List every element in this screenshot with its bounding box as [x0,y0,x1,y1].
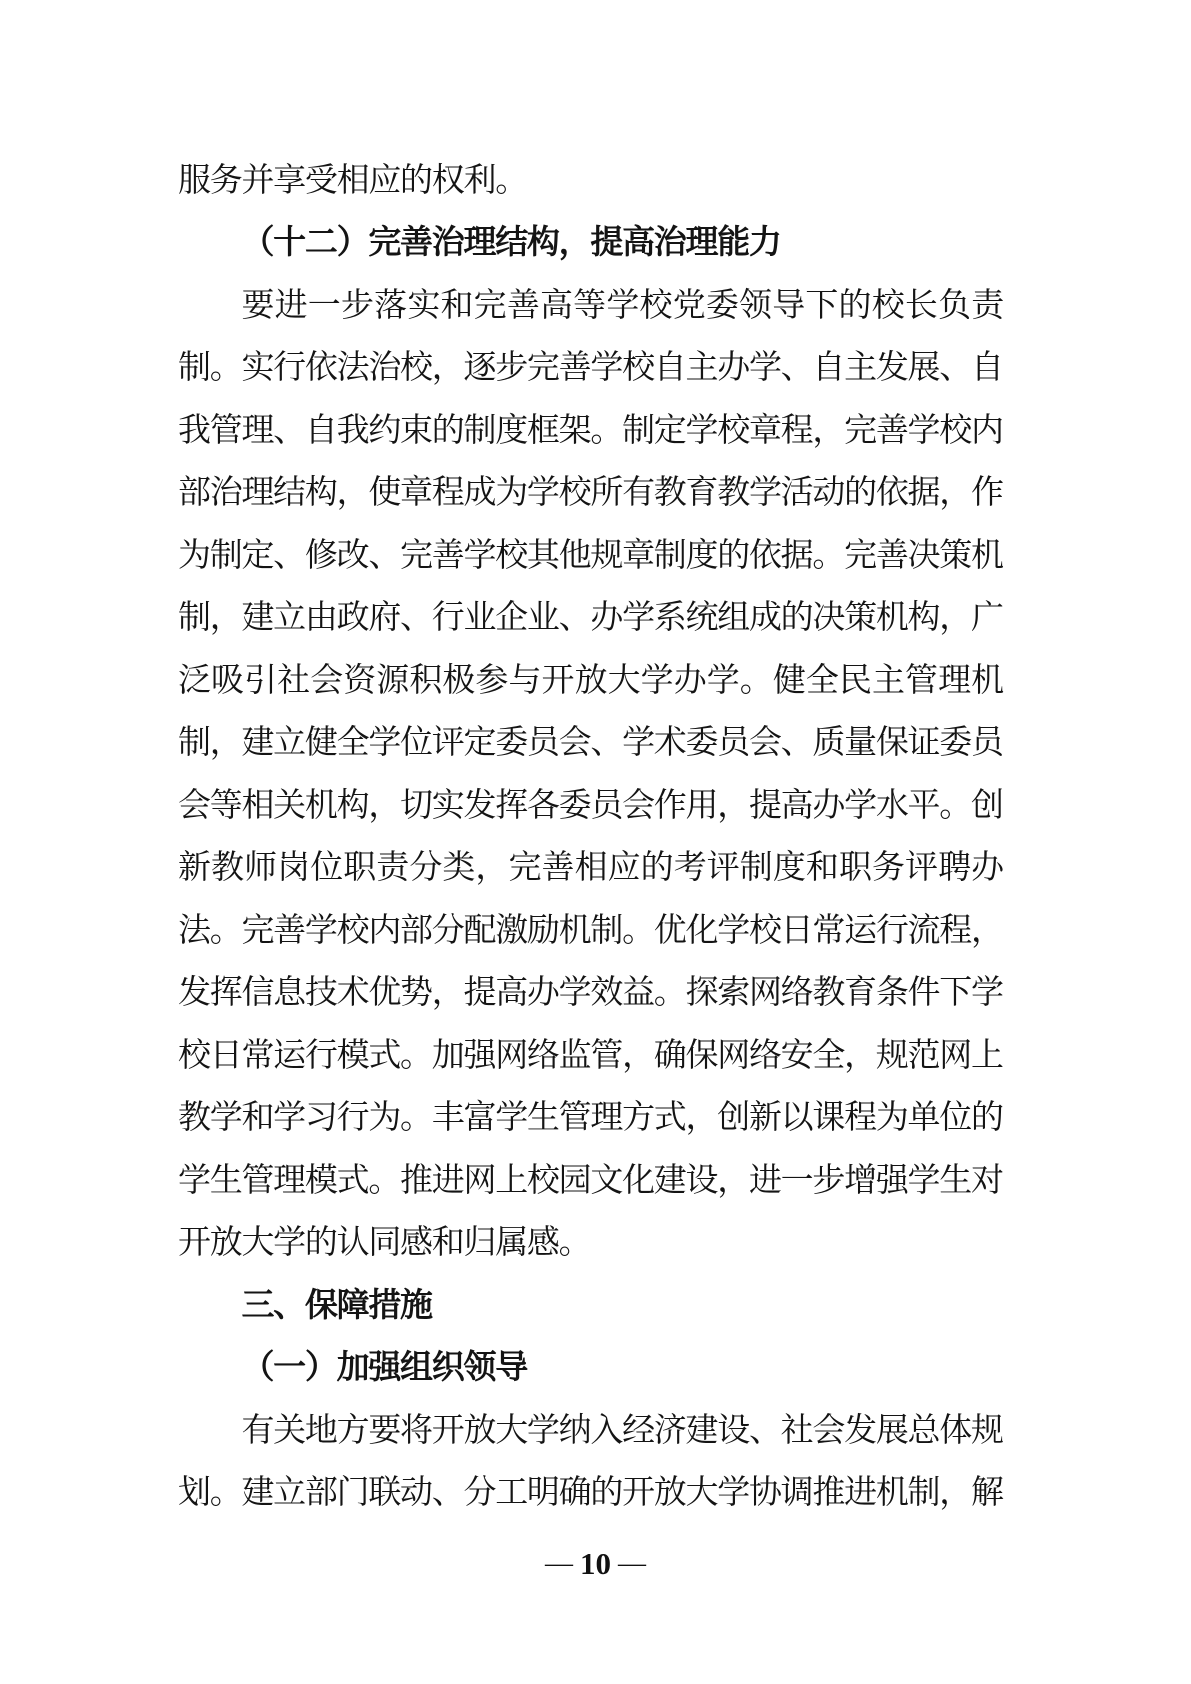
char: 高 [540,279,572,326]
char: 动 [812,466,844,513]
char: 法 [337,341,369,388]
char: 系 [654,591,686,638]
char: 完 [474,279,506,326]
char: ， [812,404,844,451]
char: 制 [908,1466,940,1513]
char: 高 [781,779,813,826]
char: 教 [211,841,243,888]
char: 、 [749,1404,781,1451]
char: 源 [376,654,408,701]
char: 和 [440,279,472,326]
char: 企 [495,591,527,638]
char: 制 [590,904,622,951]
char: 服 [178,154,210,201]
char: 量 [844,716,876,763]
char: 社 [277,654,309,701]
char: 务 [872,841,904,888]
char: 策 [939,529,971,576]
text-line: 学生管理模式。推进网上校园文化建设，进一步增强学生对 [178,1146,1003,1209]
char: 放 [210,1216,242,1263]
char: 强 [463,1029,495,1076]
char: 协 [749,1466,781,1513]
char: 程 [844,1091,876,1138]
char: 新 [749,1091,781,1138]
text-line: 部治理结构，使章程成为学校所有教育教学活动的依据，作 [178,459,1003,522]
char: 定 [241,529,273,576]
char: 。 [654,966,686,1013]
char: ， [210,716,242,763]
char: 决 [812,591,844,638]
char: 加 [337,1341,369,1388]
char: 的 [717,529,749,576]
char: 导 [495,1341,527,1388]
char: 他 [559,529,591,576]
char: 位 [310,841,342,888]
char: 学 [971,966,1003,1013]
char: 行 [432,591,464,638]
char: 办 [812,779,844,826]
char: 。 [590,404,622,451]
char: 为 [178,529,210,576]
char: 所 [590,466,622,513]
char: 化 [622,1154,654,1201]
char: 广 [971,591,1003,638]
char: 大 [495,1404,527,1451]
char: 十 [273,216,305,263]
char: 聘 [938,841,970,888]
char: 网 [717,1029,749,1076]
char: 解 [971,1466,1003,1513]
char: 学 [908,404,940,451]
char: 要 [368,1404,400,1451]
char: 教 [178,1091,210,1138]
char: 管 [210,404,242,451]
char: 地 [305,1404,337,1451]
char: 规 [590,529,622,576]
char: 。 [400,1091,432,1138]
char: 。 [622,904,654,951]
char: 据 [908,466,940,513]
char: 受 [305,154,337,201]
char: 常 [241,1029,273,1076]
char: 方 [622,1091,654,1138]
char: 、 [400,591,432,638]
char: 落 [374,279,406,326]
char: 办 [590,591,622,638]
char: 建 [241,716,273,763]
char: 主 [872,654,904,701]
char: 探 [686,966,718,1013]
char: 善 [400,216,432,263]
char: 极 [442,654,474,701]
char: 由 [305,591,337,638]
char: 上 [971,1029,1003,1076]
char: 织 [432,1341,464,1388]
char: 开 [622,1466,654,1513]
char: 理 [686,216,718,263]
char: 和 [806,841,838,888]
text-line: 制，建立由政府、行业企业、办学系统组成的决策机构，广 [178,584,1003,647]
char: 以 [781,1091,813,1138]
char: 责 [376,841,408,888]
char: 单 [908,1091,940,1138]
text-line: 校日常运行模式。加强网络监管，确保网络安全，规范网上 [178,1021,1003,1084]
char: 制 [654,529,686,576]
char: 机 [971,529,1003,576]
char: 教 [717,466,749,513]
char: 体 [939,1404,971,1451]
char: 日 [781,904,813,951]
char: 活 [781,466,813,513]
char: 上 [495,1154,527,1201]
char: 要 [241,279,273,326]
char: 制 [178,716,210,763]
char: 术 [654,716,686,763]
char: 成 [463,466,495,513]
char: 信 [241,966,273,1013]
char: 感 [400,1216,432,1263]
char: 治 [432,216,464,263]
char: 岗 [277,841,309,888]
char: 校 [400,341,432,388]
char: 机 [305,779,337,826]
char: 文 [590,1154,622,1201]
char: 挥 [495,779,527,826]
char: 社 [781,1404,813,1451]
char: 校 [939,404,971,451]
text-line: 划。建立部门联动、分工明确的开放大学协调推进机制，解 [178,1459,1003,1522]
char: 、 [781,341,813,388]
char: 应 [368,154,400,201]
char: 建 [686,1404,718,1451]
char: 校 [640,279,672,326]
char: 利 [463,154,495,201]
char: 证 [908,716,940,763]
char: 理 [590,1091,622,1138]
char: 提 [749,779,781,826]
char: 关 [273,1404,305,1451]
char: 善 [559,341,591,388]
char: 联 [368,1466,400,1513]
char: 管 [590,1029,622,1076]
char: 络 [749,1029,781,1076]
char: 条 [876,966,908,1013]
char: 加 [432,1029,464,1076]
char: 开 [178,1216,210,1263]
char: 的 [432,404,464,451]
char: 推 [812,1466,844,1513]
char: 育 [844,966,876,1013]
char: 评 [707,841,739,888]
char: 范 [908,1029,940,1076]
char: 课 [812,1091,844,1138]
char: 完 [508,841,540,888]
char: 负 [938,279,970,326]
char: ， [210,591,242,638]
text-line: 法。完善学校内部分配激励机制。优化学校日常运行流程， [178,896,1003,959]
char: 提 [463,966,495,1013]
char: 等 [210,779,242,826]
char: 提 [590,216,622,263]
char: 行 [273,341,305,388]
char: 生 [210,1154,242,1201]
document-text: 服务并享受相应的权利。（十二）完善治理结构，提高治理能力要进一步落实和完善高等学… [178,146,1003,1521]
char: 机 [971,654,1003,701]
char: 。 [210,904,242,951]
char: 管 [241,1154,273,1201]
char: 学 [368,716,400,763]
char: 立 [273,591,305,638]
char: ， [559,216,591,263]
char: 学 [273,1091,305,1138]
text-line: 会等相关机构，切实发挥各委员会作用，提高办学水平。创 [178,771,1003,834]
char: 善 [876,529,908,576]
char: 评 [432,716,464,763]
char: 参 [475,654,507,701]
char: 步 [341,279,373,326]
char: 步 [812,1154,844,1201]
char: 使 [368,466,400,513]
char: 展 [876,1404,908,1451]
char: 发 [463,779,495,826]
char: 依 [749,529,781,576]
text-line: 制。实行依法治校，逐步完善学校自主办学、自主发展、自 [178,334,1003,397]
char: 机 [876,1466,908,1513]
char: 。 [740,654,772,701]
char: 感 [527,1216,559,1263]
char: 导 [772,279,804,326]
char: 完 [844,404,876,451]
char: 自 [971,341,1003,388]
char: 网 [749,966,781,1013]
char: 确 [559,1466,591,1513]
char: 自 [305,404,337,451]
char: 健 [773,654,805,701]
char: 架 [559,404,591,451]
char: 引 [244,654,276,701]
char: 对 [971,1154,1003,1201]
char: 质 [812,716,844,763]
char: 式 [337,1154,369,1201]
char: 其 [527,529,559,576]
char: 、 [273,1279,305,1326]
char: 放 [654,1466,686,1513]
char: 校 [559,466,591,513]
char: 学 [749,341,781,388]
char: ， [939,591,971,638]
char: 部 [400,904,432,951]
char: 归 [463,1216,495,1263]
char: 术 [337,966,369,1013]
char: 立 [273,1466,305,1513]
char: 习 [305,1091,337,1138]
subheading: （十二）完善治理结构，提高治理能力 [178,209,1003,272]
char: 完 [400,529,432,576]
char: 理 [241,404,273,451]
text-line: 有关地方要将开放大学纳入经济建设、社会发展总体规 [178,1396,1003,1459]
text-line: 教学和学习行为。丰富学生管理方式，创新以课程为单位的 [178,1084,1003,1147]
char: 学 [210,1091,242,1138]
char: 流 [908,904,940,951]
char: 务 [210,154,242,201]
char: 开 [542,654,574,701]
char: 学 [559,966,591,1013]
char: 措 [368,1279,400,1326]
char: 分 [432,904,464,951]
char: 方 [337,1404,369,1451]
char: 与 [508,654,540,701]
char: 进 [432,1154,464,1201]
char: ， [686,1091,718,1138]
text-line: 要进一步落实和完善高等学校党委领导下的校长负责 [178,271,1003,334]
subheading: （一）加强组织领导 [178,1334,1003,1397]
char: 机 [876,591,908,638]
char: 全 [337,716,369,763]
char: 平 [908,779,940,826]
char: 自 [812,341,844,388]
text-line: 为制定、修改、完善学校其他规章制度的依据。完善决策机 [178,521,1003,584]
char: 件 [908,966,940,1013]
char: 丰 [432,1091,464,1138]
char: 部 [305,1466,337,1513]
char: 行 [305,1029,337,1076]
char: 运 [273,1029,305,1076]
char: 善 [432,529,464,576]
char: 制 [178,591,210,638]
char: 据 [781,529,813,576]
char: 领 [463,1341,495,1388]
char: 动 [400,1466,432,1513]
char: 、 [939,341,971,388]
char: ， [939,466,971,513]
char: 各 [527,779,559,826]
char: 保 [305,1279,337,1326]
char: 水 [876,779,908,826]
char: 理 [273,1154,305,1201]
char: 的 [305,1216,337,1263]
char: 富 [463,1091,495,1138]
char: 管 [559,1091,591,1138]
char: 、 [590,716,622,763]
char: 构 [305,466,337,513]
char: 实 [241,341,273,388]
char: 将 [400,1404,432,1451]
char: 生 [939,1154,971,1201]
char: 行 [337,1091,369,1138]
char: 定 [654,404,686,451]
char: 组 [400,1341,432,1388]
char: 会 [812,1404,844,1451]
char: 设 [686,1154,718,1201]
char: 同 [368,1216,400,1263]
char: 章 [400,466,432,513]
char: 职 [839,841,871,888]
char: 治 [654,216,686,263]
char: 制 [622,404,654,451]
char: 作 [971,466,1003,513]
char: 委 [559,779,591,826]
char: 政 [337,591,369,638]
section-heading: 三、保障措施 [178,1271,1003,1334]
char: 决 [908,529,940,576]
char: 安 [781,1029,813,1076]
char: 改 [337,529,369,576]
char: 、 [781,716,813,763]
char: 学 [622,716,654,763]
char: 构 [908,591,940,638]
char: 入 [590,1404,622,1451]
char: 大 [608,654,640,701]
char: 学 [527,1404,559,1451]
char: 教 [812,966,844,1013]
char: 主 [686,341,718,388]
footer-dash-left: — [545,1548,573,1579]
text-line: 我管理、自我约束的制度框架。制定学校章程，完善学校内 [178,396,1003,459]
char: 委 [939,716,971,763]
char: 委 [706,279,738,326]
char: 完 [844,529,876,576]
char: 学 [686,404,718,451]
char: ， [939,1466,971,1513]
char: 学 [273,1216,305,1263]
char: 励 [527,904,559,951]
char: ） [305,1341,337,1388]
char: 善 [876,404,908,451]
char: 推 [400,1154,432,1201]
char: 考 [674,841,706,888]
char: 施 [400,1279,432,1326]
char: 委 [495,716,527,763]
char: 用 [686,779,718,826]
char: 我 [337,404,369,451]
char: 会 [178,779,210,826]
char: ， [432,341,464,388]
char: 增 [844,1154,876,1201]
char: 二 [305,216,337,263]
char: 规 [971,1404,1003,1451]
char: 会 [310,654,342,701]
char: 经 [622,1404,654,1451]
char: 总 [908,1404,940,1451]
char: 、 [273,404,305,451]
char: 强 [876,1154,908,1201]
char: 类 [442,841,474,888]
char: 网 [939,1029,971,1076]
char: 程 [432,466,464,513]
char: 进 [844,1466,876,1513]
char: ， [475,841,507,888]
char: 程 [781,404,813,451]
char: 机 [559,904,591,951]
char: 积 [409,654,441,701]
text-line: 新教师岗位职责分类，完善相应的考评制度和职务评聘办 [178,834,1003,897]
char: （ [241,1341,273,1388]
char: 长 [905,279,937,326]
char: 放 [463,1404,495,1451]
char: 领 [739,279,771,326]
char: 。 [559,1216,591,1263]
char: 高 [622,216,654,263]
char: 模 [305,1154,337,1201]
char: 学 [641,654,673,701]
char: 学 [178,1154,210,1201]
char: 。 [812,529,844,576]
char: 校 [749,904,781,951]
char: ， [622,1029,654,1076]
char: 下 [939,966,971,1013]
char: 办 [971,841,1003,888]
char: 学 [463,529,495,576]
